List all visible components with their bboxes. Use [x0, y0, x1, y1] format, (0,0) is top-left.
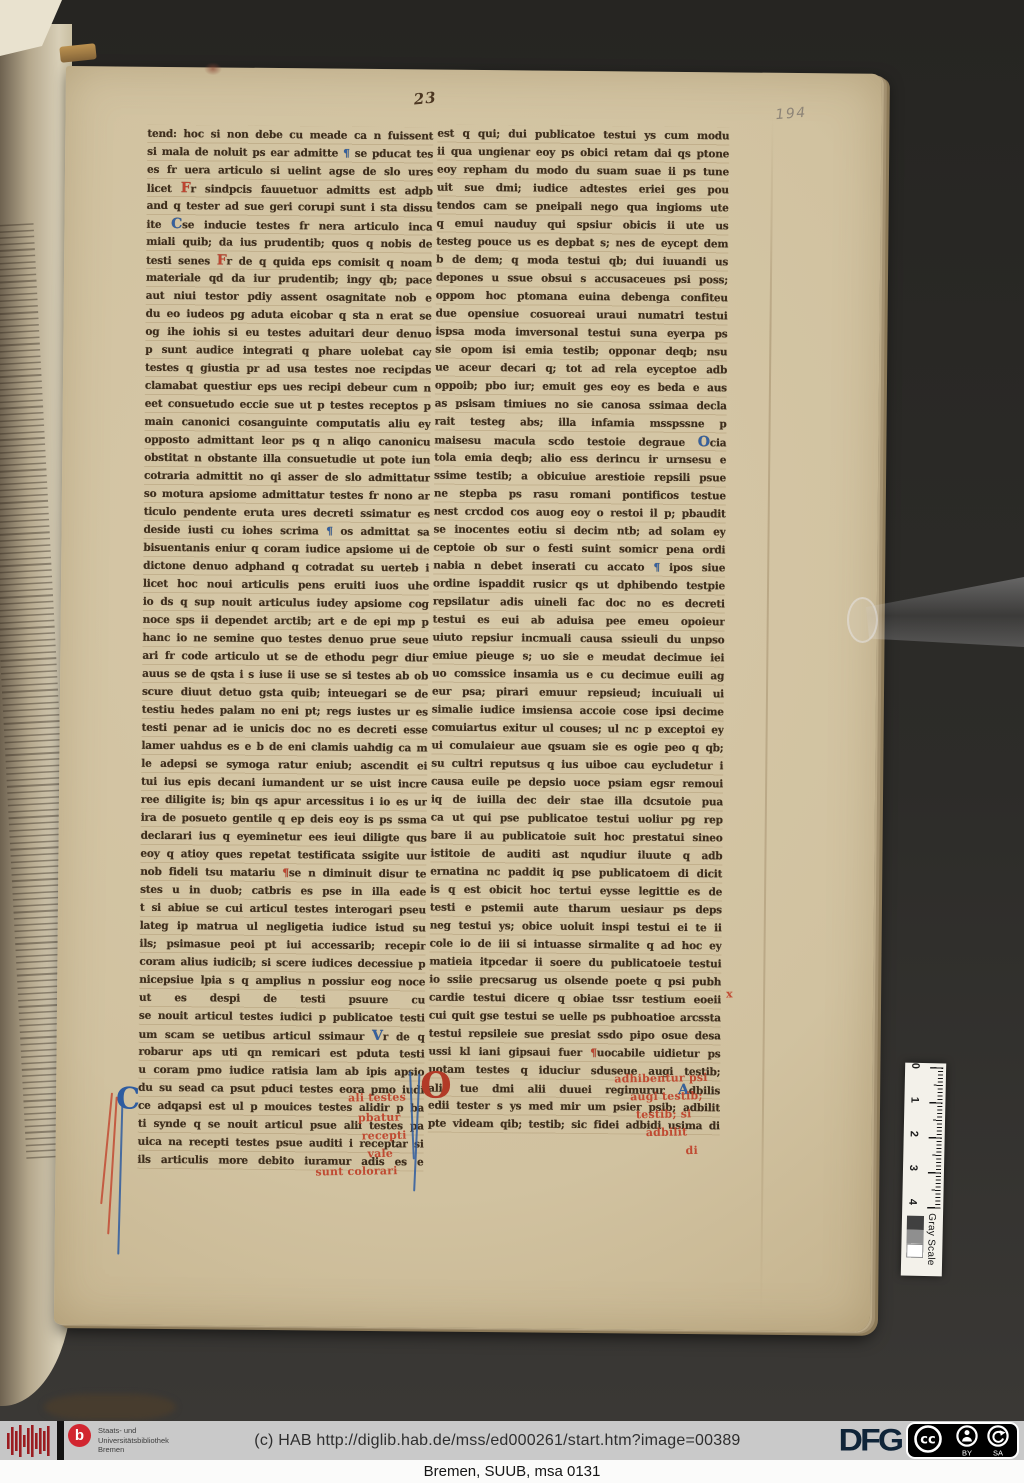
library-name-line: Staats- und [98, 1426, 169, 1436]
banner-separator [57, 1421, 64, 1460]
folio-number-pencil: 194 [775, 105, 807, 123]
quire-mark: 23 [413, 88, 437, 108]
photograph-stage: 23 194 tend: hoc si non debe cu meade ca… [0, 0, 1024, 1421]
rubric-margin-note: vale [367, 1147, 393, 1160]
ruler-number: 0 [909, 1063, 921, 1075]
decorated-initial-red: O [420, 1067, 452, 1103]
text-column-2: est q qui; dui publicatoe testui ys cum … [428, 125, 730, 1136]
book-bottom-shadow [44, 1394, 176, 1420]
rubric-notes-col1 [66, 66, 882, 74]
by-person-icon [957, 1426, 976, 1445]
rubric-margin-note: adhibentur psi [614, 1071, 707, 1086]
swatch-white [906, 1244, 923, 1258]
svg-text:BY: BY [961, 1449, 971, 1458]
book-top-edge [59, 43, 96, 63]
ruler-label: Gray Scale [925, 1213, 937, 1273]
page-fold-line [760, 113, 774, 1313]
page-clamp-strip [866, 577, 1024, 647]
rubric-margin-note: sunt colorari [315, 1164, 397, 1178]
suub-logo: b [68, 1424, 91, 1447]
rubric-margin-note: ali testes [348, 1091, 406, 1105]
rubric-margin-note: pbatur [358, 1111, 401, 1125]
ruler-number: 3 [907, 1165, 919, 1177]
ruler-number: 1 [908, 1097, 920, 1109]
rubric-margin-note: recepti [362, 1129, 407, 1143]
grayscale-ruler: Gray Scale 01234 [901, 1063, 946, 1277]
library-name-line: Universitätsbibliothek [98, 1436, 169, 1446]
rubric-margin-note: di [686, 1144, 698, 1157]
copyright-url: (c) HAB http://diglib.hab.de/mss/ed00026… [254, 1432, 740, 1450]
ruler-ticks [927, 1067, 943, 1209]
library-name: Staats- und Universitätsbibliothek Breme… [98, 1426, 169, 1455]
svg-text:SA: SA [992, 1449, 1002, 1458]
text-column-1: tend: hoc si non debe cu meade ca n fuis… [137, 125, 433, 1172]
grayscale-swatches [906, 1216, 924, 1258]
copyright-banner: b Staats- und Universitätsbibliothek Bre… [0, 1421, 1024, 1460]
library-name-line: Bremen [98, 1445, 169, 1455]
rubric-margin-note: testib; si [636, 1107, 692, 1121]
red-stain [204, 62, 222, 75]
cc-license-badge: cc BY SA [906, 1422, 1019, 1459]
rubric-margin-note: adbilit [646, 1125, 688, 1139]
decorated-initial-blue: C [116, 1085, 140, 1115]
swatch-dark-gray [907, 1216, 924, 1230]
dfg-logo: DFG [839, 1421, 902, 1459]
penwork-flourish [117, 1103, 123, 1255]
rubric-margin-note: augi testib; [630, 1089, 703, 1103]
cc-by-sa-icons: cc BY SA [912, 1424, 1014, 1457]
rubric-margin-note: x [726, 987, 733, 1000]
ruler-number: 2 [908, 1131, 920, 1143]
ruler-number: 4 [906, 1199, 918, 1211]
rubric-notes-col2 [66, 66, 882, 74]
svg-text:cc: cc [920, 1433, 935, 1448]
swatch-mid-gray [906, 1230, 923, 1244]
manuscript-page: 23 194 tend: hoc si non debe cu meade ca… [54, 66, 882, 1332]
shelfmark-caption: Bremen, SUUB, msa 0131 [0, 1460, 1024, 1483]
hab-bars-logo [0, 1421, 57, 1460]
